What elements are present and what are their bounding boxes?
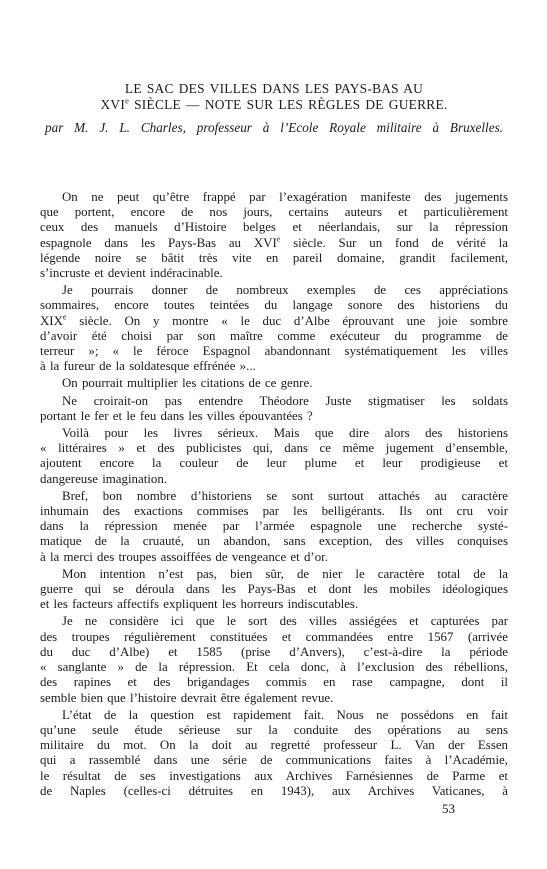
text-line: qu’une seule étude sérieuse sur la condu…	[40, 723, 508, 738]
text-line: des rapines et des brigandages commis en…	[40, 675, 508, 690]
text-line: Bref, bon nombre d’historiens se sont su…	[40, 489, 508, 504]
text-line: inhumain des exactions commises par les …	[40, 504, 508, 519]
text-line: semble bien que l’histoire devrait être …	[40, 691, 508, 706]
text-line: ceux des manuels d’Histoire belges et né…	[40, 220, 508, 235]
text-line: sommaires, encore toutes teintées du lan…	[40, 298, 508, 313]
title-line: LE SAC DES VILLES DANS LES PAYS-BAS AU	[40, 81, 508, 97]
document-page: LE SAC DES VILLES DANS LES PAYS-BAS AUXV…	[0, 0, 547, 869]
text-line: dangereuse imagination.	[40, 472, 508, 487]
title-line: XVIe SIÈCLE — NOTE SUR LES RÈGLES DE GUE…	[40, 97, 508, 113]
text-line: Ne croirait-on pas entendre Théodore Jus…	[40, 394, 508, 409]
text-line: s’incruste et devient indéracinable.	[40, 266, 508, 281]
ordinal-superscript: e	[277, 234, 281, 243]
text-line: Je pourrais donner de nombreux exemples …	[40, 283, 508, 298]
paragraph: L’état de la question est rapidement fai…	[40, 708, 508, 799]
text-line: légende noire se bâtit très vite en pare…	[40, 251, 508, 266]
ordinal-superscript: e	[125, 97, 129, 106]
paragraph: Ne croirait-on pas entendre Théodore Jus…	[40, 394, 508, 424]
text-line: de Naples (celles-ci détruites en 1943),…	[40, 784, 508, 799]
text-line: « sanglante » de la répression. Et cela …	[40, 660, 508, 675]
text-line: On pourrait multiplier les citations de …	[40, 376, 508, 391]
text-line: On ne peut qu’être frappé par l’exagérat…	[40, 190, 508, 205]
text-line: à la merci des troupes assoiffées de ven…	[40, 550, 508, 565]
text-line: terreur »; « le féroce Espagnol abandonn…	[40, 344, 508, 359]
paragraph: On pourrait multiplier les citations de …	[40, 376, 508, 391]
page-number: 53	[442, 801, 455, 816]
text-line: à la fureur de la soldatesque effrénée »…	[40, 359, 508, 374]
paragraph: Je pourrais donner de nombreux exemples …	[40, 283, 508, 374]
paragraph: Bref, bon nombre d’historiens se sont su…	[40, 489, 508, 565]
text-line: XIXe siècle. On y montre « le duc d’Albe…	[40, 314, 508, 329]
text-line: L’état de la question est rapidement fai…	[40, 708, 508, 723]
text-line: matique de la cruauté, un abandon, sans …	[40, 534, 508, 549]
text-line: Voilà pour les livres sérieux. Mais que …	[40, 426, 508, 441]
text-line: que portent, encore de nos jours, certai…	[40, 205, 508, 220]
text-line: et les facteurs affectifs expliquent les…	[40, 597, 508, 612]
text-line: dans la répression menée par l’armée esp…	[40, 519, 508, 534]
text-line: d’avoir été choisi par son maître comme …	[40, 329, 508, 344]
text-line: Je ne considère ici que le sort des vill…	[40, 614, 508, 629]
text-line: guerre qui se déroula dans les Pays-Bas …	[40, 582, 508, 597]
text-line: « littéraires » et des publicistes qui, …	[40, 441, 508, 456]
article-heading: LE SAC DES VILLES DANS LES PAYS-BAS AUXV…	[40, 81, 508, 136]
text-line: du duc d’Albe) et 1585 (prise d’Anvers),…	[40, 645, 508, 660]
text-line: militaire du mot. On la doit au regretté…	[40, 738, 508, 753]
text-line: portant le fer et le feu dans les villes…	[40, 409, 508, 424]
article-body: On ne peut qu’être frappé par l’exagérat…	[40, 190, 508, 799]
article-byline: par M. J. L. Charles, professeur à l’Eco…	[40, 120, 508, 136]
text-line: le résultat de ses investigations aux Ar…	[40, 769, 508, 784]
text-line: Mon intention n’est pas, bien sûr, de ni…	[40, 567, 508, 582]
text-line: des troupes régulièrement constituées et…	[40, 630, 508, 645]
text-line: ajoutent encore la couleur de leur plume…	[40, 456, 508, 471]
text-line: espagnole dans les Pays-Bas au XVIe sièc…	[40, 236, 508, 251]
paragraph: On ne peut qu’être frappé par l’exagérat…	[40, 190, 508, 281]
paragraph: Je ne considère ici que le sort des vill…	[40, 614, 508, 705]
article-title: LE SAC DES VILLES DANS LES PAYS-BAS AUXV…	[40, 81, 508, 113]
text-line: qui a rassemblé dans une série de commun…	[40, 753, 508, 768]
paragraph: Voilà pour les livres sérieux. Mais que …	[40, 426, 508, 487]
ordinal-superscript: e	[63, 312, 67, 321]
paragraph: Mon intention n’est pas, bien sûr, de ni…	[40, 567, 508, 613]
